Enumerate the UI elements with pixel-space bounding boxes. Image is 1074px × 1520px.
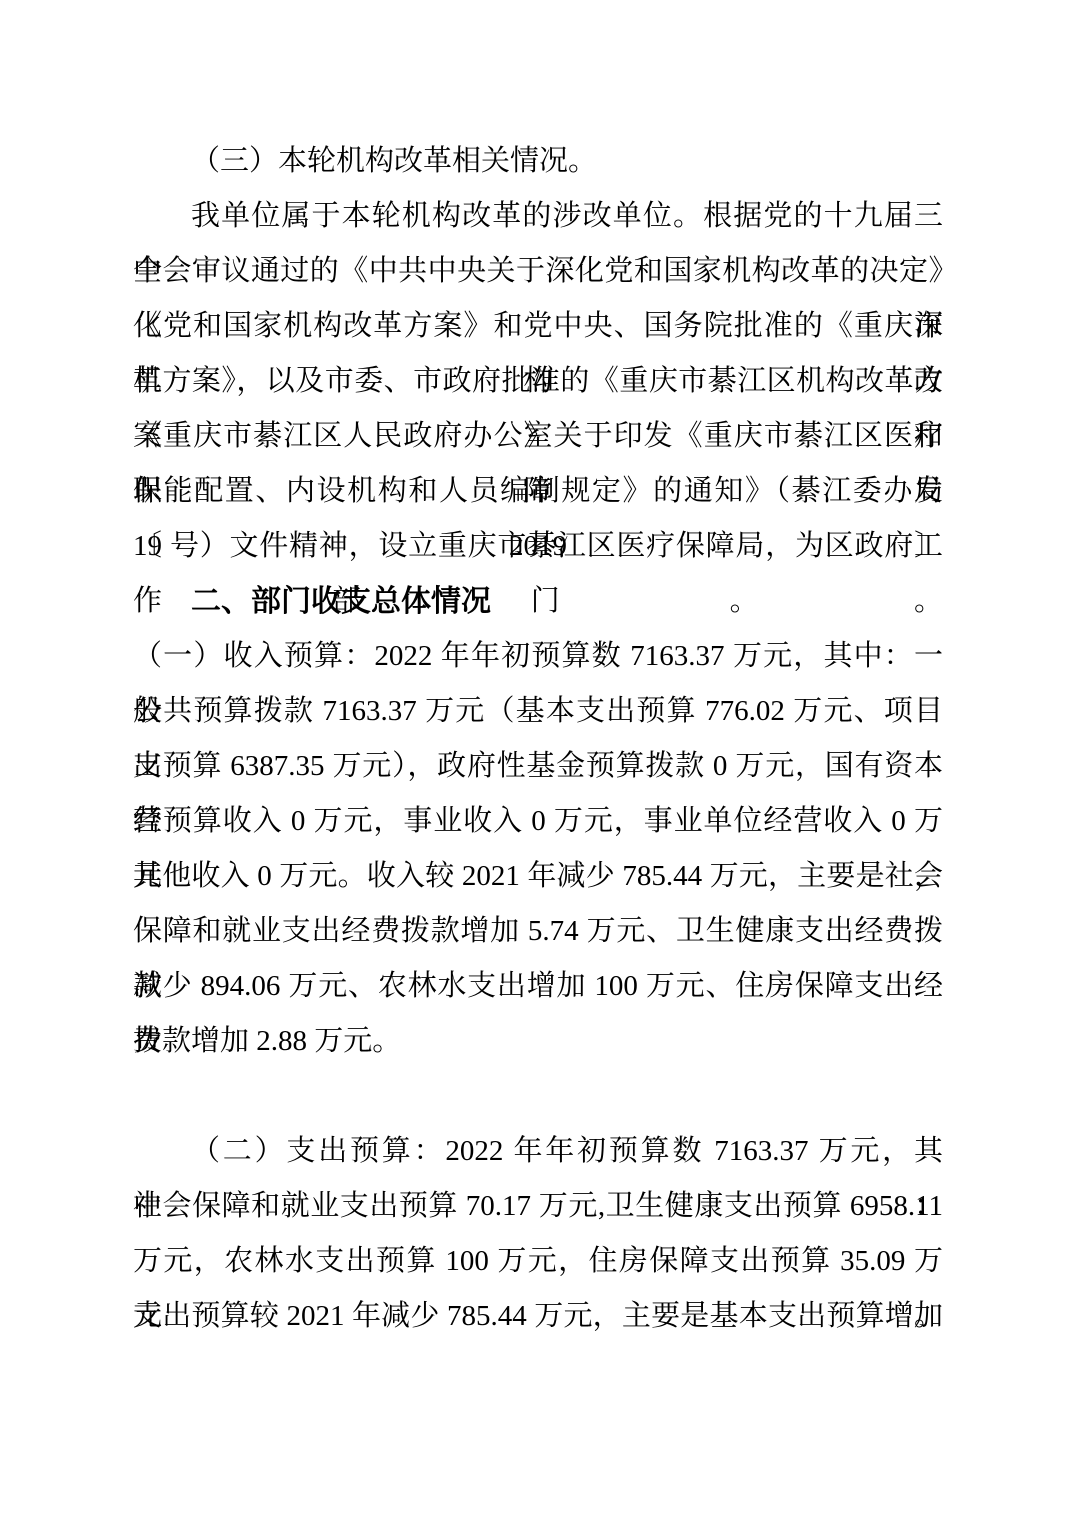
text-line: 革方案》，以及市委、市政府批准的《重庆市綦江区机构改革方案》和 (133, 354, 943, 409)
text-line: （二）支出预算：2022 年年初预算数 7163.37 万元，其中： (133, 1124, 943, 1179)
text-line: 化党和国家机构改革方案》和党中央、国务院批准的《重庆市机构改 (133, 299, 943, 354)
document-page: （三）本轮机构改革相关情况。我单位属于本轮机构改革的涉改单位。根据党的十九届三中… (0, 0, 1074, 1520)
text-line: （一）收入预算：2022 年年初预算数 7163.37 万元，其中：一般 (133, 629, 943, 684)
text-line: 拨款增加 2.88 万元。 (133, 1014, 943, 1069)
text-line: 支出预算较 2021 年减少 785.44 万元，主要是基本支出预算增加 (133, 1289, 943, 1344)
subsection-heading: （三）本轮机构改革相关情况。 (133, 134, 943, 189)
text-line: 其他收入 0 万元。收入较 2021 年减少 785.44 万元，主要是社会 (133, 849, 943, 904)
blank-line (133, 1069, 943, 1124)
text-line: 社会保障和就业支出预算 70.17 万元,卫生健康支出预算 6958.11 (133, 1179, 943, 1234)
text-line: 全会审议通过的《中共中央关于深化党和国家机构改革的决定》《深 (133, 244, 943, 299)
text-line: 公共预算拨款 7163.37 万元（基本支出预算 776.02 万元、项目支 (133, 684, 943, 739)
text-line: 万元，农林水支出预算 100 万元，住房保障支出预算 35.09 万元。 (133, 1234, 943, 1289)
document-body: （三）本轮机构改革相关情况。我单位属于本轮机构改革的涉改单位。根据党的十九届三中… (133, 134, 943, 1344)
text-line: 19 号）文件精神，设立重庆市綦江区医疗保障局，为区政府工作部门。。 (133, 519, 943, 574)
text-line: 营预算收入 0 万元，事业收入 0 万元，事业单位经营收入 0 万元， (133, 794, 943, 849)
text-line: 职能配置、内设机构和人员编制规定》的通知》（綦江委办发〔2019〕 (133, 464, 943, 519)
text-line: 保障和就业支出经费拨款增加 5.74 万元、卫生健康支出经费拨款 (133, 904, 943, 959)
text-line: 减少 894.06 万元、农林水支出增加 100 万元、住房保障支出经费 (133, 959, 943, 1014)
text-line: 《重庆市綦江区人民政府办公室关于印发《重庆市綦江区医疗保障局 (133, 409, 943, 464)
text-line: 出预算 6387.35 万元），政府性基金预算拨款 0 万元，国有资本经 (133, 739, 943, 794)
text-line: 我单位属于本轮机构改革的涉改单位。根据党的十九届三中 (133, 189, 943, 244)
